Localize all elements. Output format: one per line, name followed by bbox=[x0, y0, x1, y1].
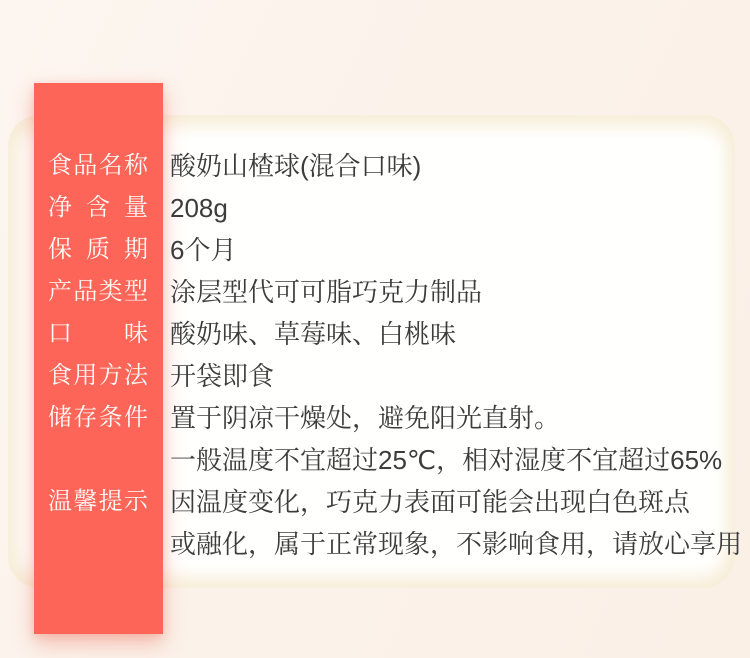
table-row: 保质期6个月 bbox=[0, 229, 750, 271]
table-row: 产品类型涂层型代可可脂巧克力制品 bbox=[0, 271, 750, 313]
spec-table: 食品名称酸奶山楂球(混合口味)净含量208g保质期6个月产品类型涂层型代可可脂巧… bbox=[0, 0, 750, 658]
row-label: 温馨提示 bbox=[48, 481, 148, 523]
row-value: 酸奶山楂球(混合口味) bbox=[170, 145, 730, 187]
row-label: 储存条件 bbox=[48, 397, 148, 439]
row-value-line: 一般温度不宜超过25℃，相对湿度不宜超过65% bbox=[170, 439, 730, 481]
row-label: 净含量 bbox=[48, 187, 148, 229]
row-value: 置于阴凉干燥处，避免阳光直射。 bbox=[170, 397, 730, 439]
table-row: 食用方法开袋即食 bbox=[0, 355, 750, 397]
table-row: 温馨提示一般温度不宜超过25℃，相对湿度不宜超过65%因温度变化，巧克力表面可能… bbox=[0, 439, 750, 565]
table-row: 口味酸奶味、草莓味、白桃味 bbox=[0, 313, 750, 355]
table-row: 储存条件置于阴凉干燥处，避免阳光直射。 bbox=[0, 397, 750, 439]
row-value-line: 因温度变化，巧克力表面可能会出现白色斑点 bbox=[170, 481, 730, 523]
row-label: 保质期 bbox=[48, 229, 148, 271]
row-value-line: 或融化，属于正常现象，不影响食用，请放心享用 bbox=[170, 523, 730, 565]
row-label: 产品类型 bbox=[48, 271, 148, 313]
row-value: 6个月 bbox=[170, 229, 730, 271]
row-label: 食用方法 bbox=[48, 355, 148, 397]
row-value: 208g bbox=[170, 187, 730, 229]
table-row: 食品名称酸奶山楂球(混合口味) bbox=[0, 145, 750, 187]
table-row: 净含量208g bbox=[0, 187, 750, 229]
row-label: 口味 bbox=[48, 313, 148, 355]
product-spec-sheet: 食品名称酸奶山楂球(混合口味)净含量208g保质期6个月产品类型涂层型代可可脂巧… bbox=[0, 0, 750, 658]
row-value: 涂层型代可可脂巧克力制品 bbox=[170, 271, 730, 313]
row-value: 酸奶味、草莓味、白桃味 bbox=[170, 313, 730, 355]
row-label: 食品名称 bbox=[48, 145, 148, 187]
row-value: 开袋即食 bbox=[170, 355, 730, 397]
